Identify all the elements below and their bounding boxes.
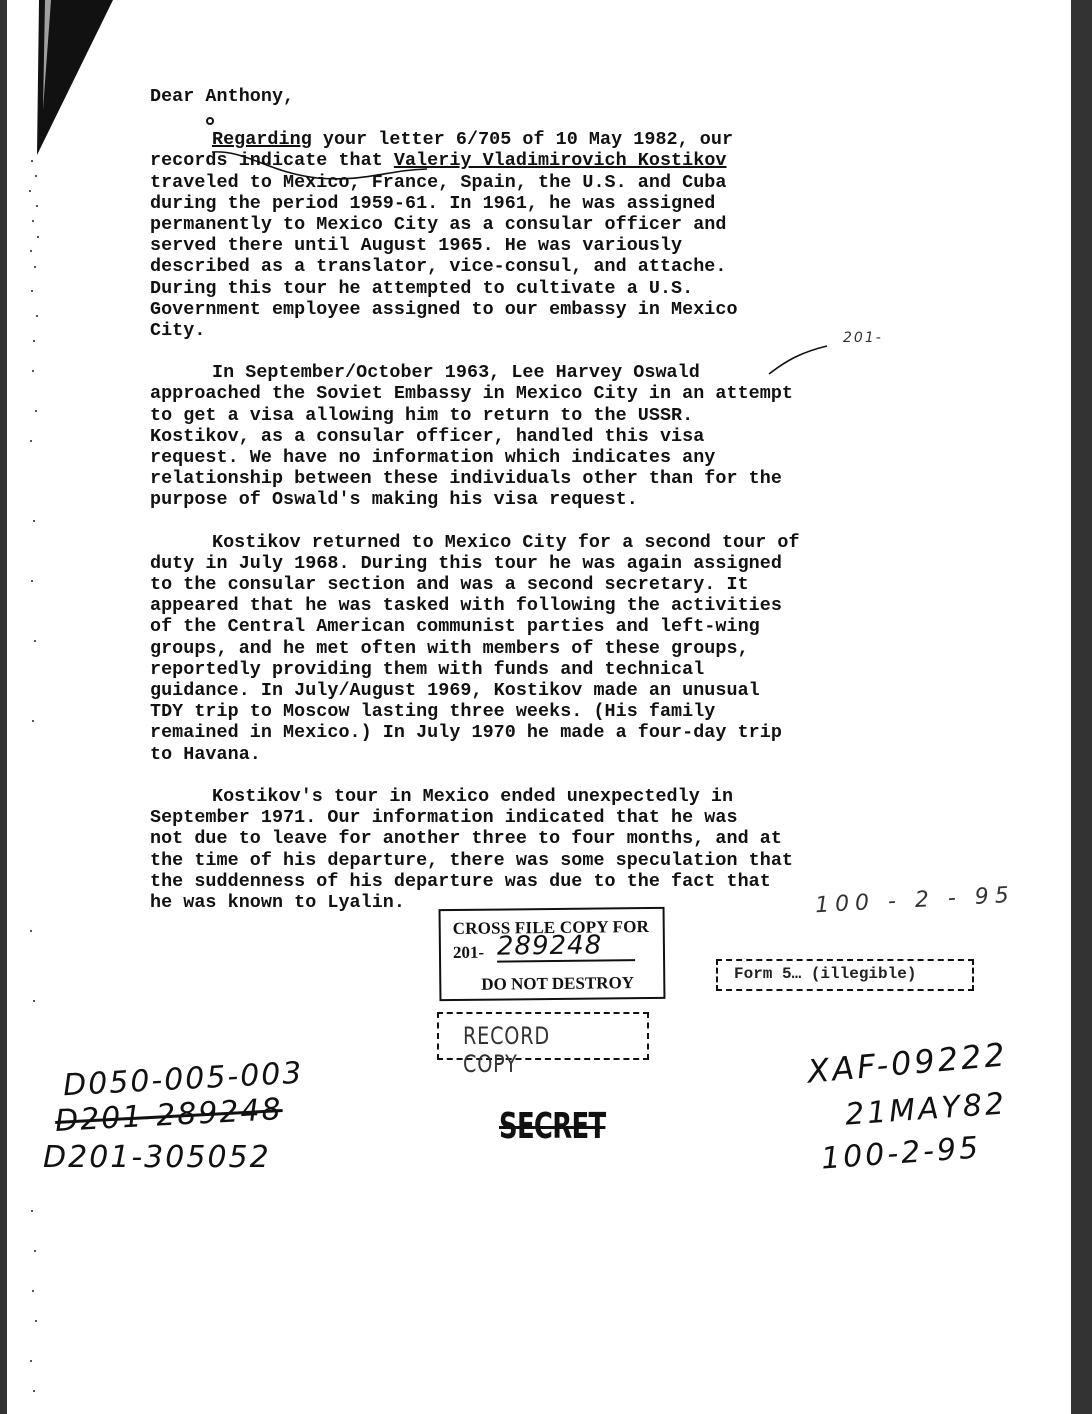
paragraph-4: Kostikov's tour in Mexico ended unexpect… [150,786,910,913]
cross-file-number: 289248 [497,931,635,962]
margin-note: 201- [843,330,883,346]
form-stamp: Form 5… (illegible) [716,959,974,991]
document-page: Dear Anthony, Regarding your letter 6/70… [7,0,1071,1414]
handwritten-date: 21MAY82 [844,1086,1008,1132]
underlined-name: Valeriy Vladimirovich Kostikov [394,150,727,171]
cross-file-stamp: CROSS FILE COPY FOR 201- 289248 DO NOT D… [439,907,666,1001]
handwritten-xaf-number: XAF-09222 [806,1035,1009,1090]
paragraph-2: In September/October 1963, Lee Harvey Os… [150,362,910,510]
classification-stamp: SECRET [499,1106,605,1147]
record-copy-stamp: RECORD COPY [437,1012,649,1060]
underlined-regarding: Regarding [212,129,312,150]
salutation: Dear Anthony, [150,86,910,107]
letter-body: Dear Anthony, Regarding your letter 6/70… [150,86,910,934]
viewer-right-edge [1071,0,1092,1414]
handwritten-ref-3: D201-305052 [43,1140,271,1175]
paragraph-3: Kostikov returned to Mexico City for a s… [150,532,910,765]
scan-speckle-margin [21,0,51,1414]
viewer-left-edge [0,0,7,1414]
paragraph-1: Regarding your letter 6/705 of 10 May 19… [150,129,910,341]
handwritten-file-number: 100-2-95 [820,1130,982,1176]
